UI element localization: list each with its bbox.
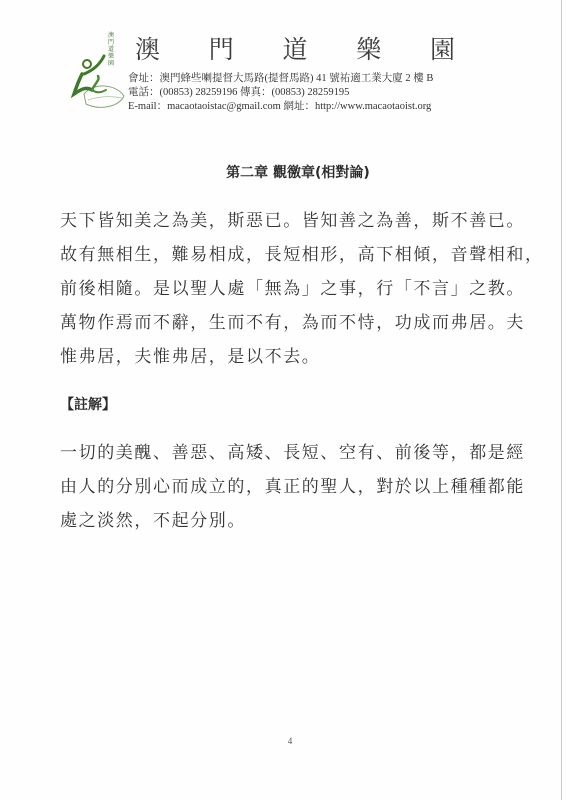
- annotation-text: 一切的美醜、善惡、高矮、長短、空有、前後等，都是經 由人的分別心而成立的，真正的…: [60, 436, 510, 538]
- text-line: 萬物作焉而不辭，生而不有，為而不恃，功成而弗居。夫: [60, 306, 510, 340]
- page-edge-divider: [561, 0, 562, 800]
- email-website-line: E-mail：macaotaoistac@gmail.com 網址：http:/…: [128, 100, 433, 114]
- org-name-char: 門: [209, 36, 234, 64]
- text-line: 故有無相生，難易相成，長短相形，高下相傾，音聲相和，: [60, 238, 510, 272]
- text-line: 由人的分別心而成立的，真正的聖人，對於以上種種都能: [60, 470, 510, 504]
- text-line: 處之淡然，不起分別。: [60, 504, 510, 538]
- text-line: 一切的美醜、善惡、高矮、長短、空有、前後等，都是經: [60, 436, 510, 470]
- contact-info: 會址：澳門蜂些喇提督大馬路(提督馬路) 41 號祐適工業大廈 2 樓 B 電話：…: [128, 72, 433, 114]
- organization-logo: 澳門道樂園: [70, 30, 128, 114]
- annotation-heading: 【註解】: [60, 395, 116, 415]
- org-name-char: 澳: [135, 36, 160, 64]
- address-line: 會址：澳門蜂些喇提督大馬路(提督馬路) 41 號祐適工業大廈 2 樓 B: [128, 72, 433, 86]
- text-line: 前後相隨。是以聖人處「無為」之事，行「不言」之教。: [60, 272, 510, 306]
- logo-caption: 澳門道樂園: [108, 32, 118, 67]
- org-name-char: 園: [430, 36, 455, 64]
- document-page: 澳門道樂園 澳 門 道 樂 園 會址：澳門蜂些喇提督大馬路(提督馬路) 41 號…: [0, 0, 566, 800]
- main-text: 天下皆知美之為美，斯惡已。皆知善之為善，斯不善已。 故有無相生，難易相成，長短相…: [60, 204, 510, 374]
- org-name-char: 樂: [356, 36, 381, 64]
- text-line: 惟弗居，夫惟弗居，是以不去。: [60, 340, 510, 374]
- chapter-title: 第二章 觀徼章(相對論): [0, 163, 566, 183]
- leaf-figure-icon: [70, 30, 128, 114]
- organization-name: 澳 門 道 樂 園: [135, 36, 455, 64]
- phone-fax-line: 電話：(00853) 28259196 傳真：(00853) 28259195: [128, 86, 433, 100]
- page-number: 4: [0, 736, 566, 746]
- text-line: 天下皆知美之為美，斯惡已。皆知善之為善，斯不善已。: [60, 204, 510, 238]
- org-name-char: 道: [282, 36, 307, 64]
